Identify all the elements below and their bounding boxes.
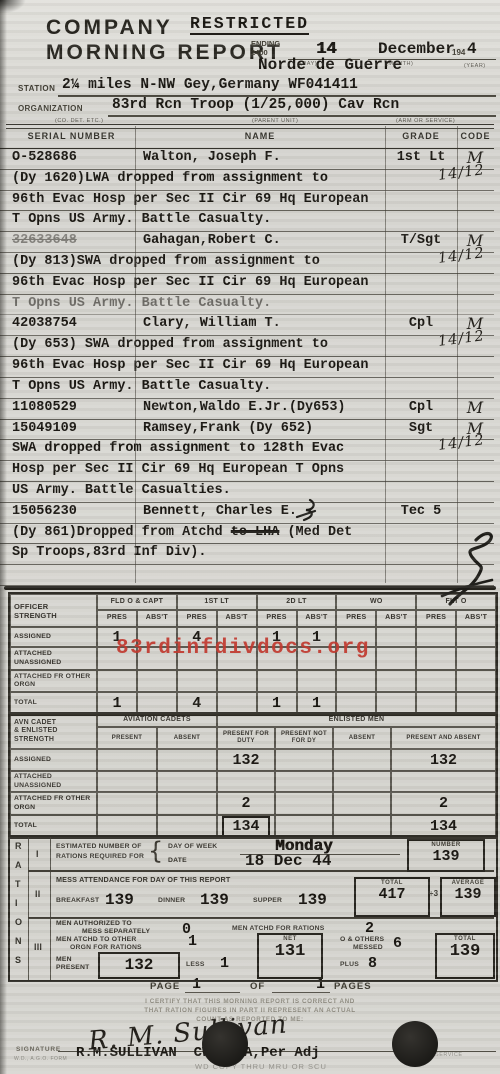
plus-label: PLUS (340, 961, 359, 968)
roster-column-line (385, 126, 386, 583)
roster-entry-row: 42038754Clary, William T.CplM (0, 314, 494, 336)
men-present-label-2: PRESENT (56, 964, 90, 971)
page-label: PAGE (150, 981, 180, 992)
officer-cell (177, 670, 217, 692)
roster-column-header: CODE (457, 131, 494, 141)
remark-text: 96th Evac Hosp per Sec II Cir 69 Hq Euro… (12, 192, 368, 207)
officer-cell (456, 627, 496, 647)
enlisted-cell (157, 749, 217, 771)
signature-label: SIGNATURE (16, 1046, 61, 1053)
organization-label: ORGANIZATION (18, 104, 83, 113)
roster-continuation-row: T Opns US Army. Battle Casualty. (0, 210, 494, 232)
roster-continuation-row: (Dy 653) SWA dropped from assignment to1… (0, 335, 494, 357)
roster-row-text: Sp Troops,83rd Inf Div). (12, 545, 206, 560)
enlisted-row-label: ASSIGNED (10, 749, 97, 771)
roster-continuation-row: Sp Troops,83rd Inf Div). (0, 543, 494, 565)
roster-continuation-row: SWA dropped from assignment to 128th Eva… (0, 439, 494, 461)
serial-number: O-528686 (12, 150, 143, 165)
average-box-value: 139 (442, 886, 494, 903)
year-printed: 194 (452, 48, 465, 57)
enlisted-subheader: PRESENT FOR DUTY (217, 727, 275, 749)
atchd-for-rations-value: 2 (365, 920, 374, 937)
brace: { (148, 837, 163, 865)
enlisted-cell (275, 749, 333, 771)
roster-row-text: SWA dropped from assignment to 128th Eva… (12, 441, 344, 456)
code-phrase: Norde de Guerre (258, 56, 402, 74)
enlisted-cell (157, 792, 217, 815)
remark-text: Hosp per Sec II Cir 69 Hq European T Opn… (12, 462, 344, 477)
breakfast-value: 139 (105, 891, 134, 909)
enlisted-cell (97, 815, 157, 837)
men-present-label-1: MEN (56, 956, 72, 963)
date-value: 18 Dec 44 (245, 852, 331, 870)
enlisted-cell (333, 771, 391, 792)
handwritten-squiggle (292, 498, 318, 522)
code-handwritten: M (457, 398, 493, 417)
scan-edge-shadow (0, 0, 7, 1074)
officer-cell-value: 1 (112, 695, 121, 712)
officer-subheader: ABS'T (456, 610, 496, 627)
punch-hole-right (392, 1021, 438, 1067)
roster-column-header: SERIAL NUMBER (8, 131, 135, 141)
officer-subheader: ABS'T (376, 610, 416, 627)
remark-struck-text: to LHA (231, 525, 280, 540)
atchd-other-label-1: MEN ATCHD TO OTHER (56, 936, 137, 943)
number-box-value: 139 (409, 848, 483, 865)
enlisted-cell (97, 792, 157, 815)
enlisted-corner-label: AVN CADET & ENLISTED STRENGTH (10, 714, 97, 749)
enlisted-cell-value: 134 (430, 818, 457, 835)
auth-mess-label-2: MESS SEPARATELY (82, 928, 150, 935)
roster-column-header: NAME (135, 131, 385, 141)
rations-section: RATIONS I ESTIMATED NUMBER OF RATIONS RE… (8, 835, 498, 982)
officer-cell (376, 692, 416, 714)
officer-cell (456, 647, 496, 670)
form-title-morning-report: MORNING REPORT (46, 41, 283, 65)
enlisted-cell-value: 2 (439, 795, 448, 812)
grade-value: Tec 5 (385, 504, 457, 519)
supper-label: SUPPER (253, 897, 282, 904)
soldier-name: Walton, Joseph F. (143, 150, 281, 165)
officer-cell-value: 1 (272, 695, 281, 712)
officer-cell (137, 670, 177, 692)
officer-cell (376, 670, 416, 692)
officer-cell (376, 647, 416, 670)
officer-row-label: ASSIGNED (10, 627, 97, 647)
rations-side-letter: I (15, 898, 18, 908)
form-title-company: COMPANY (46, 16, 173, 40)
roster-row-text: Hosp per Sec II Cir 69 Hq European T Opn… (12, 462, 344, 477)
roster-entry-row: O-528686Walton, Joseph F.1st LtM (0, 148, 494, 170)
officer-row-label: ATTACHED UNASSIGNED (10, 647, 97, 670)
roster-continuation-row: 96th Evac Hosp per Sec II Cir 69 Hq Euro… (0, 273, 494, 295)
enlisted-cell-value: 2 (241, 795, 250, 812)
enlisted-cell-value: 134 (222, 816, 269, 837)
year-sub-label: (YEAR) (464, 63, 486, 69)
roster-row-text: 96th Evac Hosp per Sec II Cir 69 Hq Euro… (12, 275, 368, 290)
year-typed: 4 (467, 40, 477, 58)
roster-row-text: T Opns US Army. Battle Casualty. (12, 379, 271, 394)
enlisted-cell: 2 (391, 792, 496, 815)
atchd-other-value: 1 (188, 933, 197, 950)
rations-side-letter: R (15, 841, 22, 851)
rations-side-letter: A (15, 860, 22, 870)
enlisted-cell (97, 771, 157, 792)
remark-text: (Dy 1620)LWA dropped from assignment to (12, 171, 328, 186)
scan-corner-mark (0, 0, 26, 14)
organization-line (108, 115, 496, 117)
grade-value: Cpl (385, 316, 457, 331)
roster-row-text: (Dy 813)SWA dropped from assignment to (12, 254, 320, 269)
roster-continuation-row: 96th Evac Hosp per Sec II Cir 69 Hq Euro… (0, 356, 494, 378)
roster-row-text: T Opns US Army. Battle Casualty. (12, 296, 271, 311)
soldier-name: Clary, William T. (143, 316, 281, 331)
plus-value: 8 (368, 955, 377, 972)
officer-cell (336, 692, 376, 714)
rations-number-box: NUMBER 139 (407, 839, 485, 872)
officer-cell-value: 1 (312, 695, 321, 712)
roman-numeral-i: I (36, 849, 39, 859)
remark-text: 96th Evac Hosp per Sec II Cir 69 Hq Euro… (12, 358, 368, 373)
officer-subheader: ABS'T (297, 610, 337, 627)
roster-row-text: 42038754Clary, William T. (12, 316, 281, 331)
roster-row-text: (Dy 861)Dropped from Atchd to LHA (Med D… (12, 525, 352, 540)
officer-cell (297, 670, 337, 692)
officer-subheader: ABS'T (217, 610, 257, 627)
roster-continuation-row: T Opns US Army. Battle Casualty. (0, 377, 494, 399)
grade-value: 1st Lt (385, 150, 457, 165)
atchd-for-rations-label: MEN ATCHD FOR RATIONS (232, 925, 324, 932)
grand-total-box: TOTAL 139 (435, 933, 495, 979)
roster-entry-row: 11080529Newton,Waldo E.Jr.(Dy653)CplM (0, 398, 494, 420)
day-of-week-label: DAY OF WEEK (168, 843, 217, 850)
roster-continuation-row: Hosp per Sec II Cir 69 Hq European T Opn… (0, 460, 494, 482)
remark-text: US Army. Battle Casualties. (12, 483, 231, 498)
enlisted-cell (333, 749, 391, 771)
men-present-box: 132 (98, 952, 180, 979)
officer-cell: 4 (177, 692, 217, 714)
roster-header-row: SERIAL NUMBERNAMEGRADECODE (0, 127, 494, 149)
est-rations-label-1: ESTIMATED NUMBER OF (56, 843, 142, 850)
grand-total-value: 139 (437, 942, 493, 961)
serial-number: 15049109 (12, 421, 143, 436)
grade-value: Cpl (385, 400, 457, 415)
enlisted-row-label: ATTACHED FR OTHER ORGN (10, 792, 97, 815)
serial-number: 11080529 (12, 400, 143, 415)
officer-cell (257, 670, 297, 692)
roster-column-header: GRADE (385, 131, 457, 141)
rations-side-letter: T (15, 879, 21, 889)
soldier-name: Gahagan,Robert C. (143, 233, 281, 248)
enlisted-cell-value: 132 (430, 752, 457, 769)
officer-cell (416, 647, 456, 670)
grade-value: T/Sgt (385, 233, 457, 248)
officer-subheader: PRES (257, 610, 297, 627)
roster-continuation-row: (Dy 813)SWA dropped from assignment to14… (0, 252, 494, 274)
officer-cell (336, 670, 376, 692)
roster-entry-row: 32633648Gahagan,Robert C.T/SgtM (0, 231, 494, 253)
soldier-name: Bennett, Charles E. (143, 504, 297, 519)
officer-group-header: 1ST LT (177, 594, 257, 610)
roster-continuation-row: 96th Evac Hosp per Sec II Cir 69 Hq Euro… (0, 190, 494, 212)
remark-text: SWA dropped from assignment to 128th Eva… (12, 441, 344, 456)
enlisted-cell (275, 815, 333, 837)
handwritten-flourish (438, 522, 498, 610)
remark-text: (Dy 813)SWA dropped from assignment to (12, 254, 320, 269)
est-rations-label-2: RATIONS REQUIRED FOR (56, 853, 144, 860)
enlisted-cell (217, 771, 275, 792)
rations-side-letter: N (15, 936, 22, 946)
officer-group-header: FLD O & CAPT (97, 594, 177, 610)
dinner-value: 139 (200, 891, 229, 909)
roman-numeral-iii: III (34, 942, 42, 952)
enlisted-cell: 134 (217, 815, 275, 837)
grade-value: Sgt (385, 421, 457, 436)
section-divider-heavy (4, 586, 496, 590)
officer-subheader: PRES (97, 610, 137, 627)
rations-side-letter: O (15, 917, 22, 927)
less-value: 1 (220, 955, 229, 972)
soldier-name: Ramsey,Frank (Dy 652) (143, 421, 313, 436)
officer-cell-value: 4 (192, 695, 201, 712)
rations-total-box: TOTAL 417 (354, 877, 430, 917)
divide-by-three: ÷3 (429, 889, 438, 898)
enlisted-cell (157, 771, 217, 792)
roster-column-line (457, 126, 458, 583)
atchd-other-label-2: ORGN FOR RATIONS (70, 944, 142, 951)
pages-label: PAGES (334, 981, 372, 992)
officer-cell (416, 670, 456, 692)
roster-row-text: 11080529Newton,Waldo E.Jr.(Dy653) (12, 400, 346, 415)
enlisted-row-label: ATTACHED UNASSIGNED (10, 771, 97, 792)
rations-side-letter: S (15, 955, 21, 965)
remark-text: 96th Evac Hosp per Sec II Cir 69 Hq Euro… (12, 275, 368, 290)
remark-text: (Dy 653) SWA dropped from assignment to (12, 337, 328, 352)
rations-average-box: AVERAGE 139 (440, 877, 496, 917)
ending-label: ENDING (251, 39, 280, 48)
net-box: NET 131 (257, 933, 323, 979)
roman-numeral-ii: II (35, 889, 40, 899)
enlisted-subheader: PRESENT (97, 727, 157, 749)
roster-row-text: (Dy 653) SWA dropped from assignment to (12, 337, 328, 352)
officer-cell (217, 670, 257, 692)
remark-text: T Opns US Army. Battle Casualty. (12, 296, 271, 311)
enlisted-cell: 134 (391, 815, 496, 837)
officer-cell (217, 692, 257, 714)
enlisted-strength-table: AVN CADET & ENLISTED STRENGTHAVIATION CA… (8, 712, 498, 839)
officer-cell: 1 (297, 692, 337, 714)
auth-mess-label-1: MEN AUTHORIZED TO (56, 920, 132, 927)
remark-text: T Opns US Army. Battle Casualty. (12, 212, 271, 227)
officer-row-label: ATTACHED FR OTHER ORGN (10, 670, 97, 692)
rations-roman-column-line (50, 837, 51, 980)
station-label: STATION (18, 84, 55, 93)
roster-row-text: T Opns US Army. Battle Casualty. (12, 212, 271, 227)
roster-row-text: (Dy 1620)LWA dropped from assignment to (12, 171, 328, 186)
enlisted-cell (333, 792, 391, 815)
roster-column-line (135, 126, 136, 583)
remark-text: T Opns US Army. Battle Casualty. (12, 379, 271, 394)
certification-line-1: I CERTIFY THAT THIS MORNING REPORT IS CO… (0, 998, 500, 1005)
serial-number: 32633648 (12, 233, 143, 248)
roster-continuation-row: US Army. Battle Casualties. (0, 481, 494, 503)
officer-cell (376, 627, 416, 647)
officer-cell (416, 627, 456, 647)
enlisted-men-header: ENLISTED MEN (217, 714, 496, 727)
enlisted-subheader: ABSENT (157, 727, 217, 749)
enlisted-cell: 132 (391, 749, 496, 771)
supper-value: 139 (298, 891, 327, 909)
soldier-name: Newton,Waldo E.Jr.(Dy653) (143, 400, 346, 415)
officer-row-label: TOTAL (10, 692, 97, 714)
officer-cell (97, 670, 137, 692)
net-box-value: 131 (259, 942, 321, 961)
officer-cell (456, 692, 496, 714)
roster-continuation-row: (Dy 861)Dropped from Atchd to LHA (Med D… (0, 523, 494, 545)
enlisted-cell (333, 815, 391, 837)
punch-hole-left (202, 1021, 248, 1067)
of-label: OF (250, 981, 265, 992)
roster-continuation-row: T Opns US Army. Battle Casualty. (0, 294, 494, 316)
roster-entry-row: 15049109Ramsey,Frank (Dy 652)SgtM (0, 419, 494, 441)
archive-watermark: 83rdinfdivdocs.org (116, 637, 370, 660)
enlisted-subheader: ABSENT (333, 727, 391, 749)
rations-letter-column-line (28, 837, 29, 980)
remark-text: (Med Det (279, 525, 352, 540)
officer-group-header: WO (336, 594, 416, 610)
enlisted-cell (275, 771, 333, 792)
officer-group-header: 2D LT (257, 594, 337, 610)
roster-row-text: O-528686Walton, Joseph F. (12, 150, 281, 165)
mess-attendance-label: MESS ATTENDANCE FOR DAY OF THIS REPORT (56, 875, 231, 884)
enlisted-row-label: TOTAL (10, 815, 97, 837)
officer-cell (137, 692, 177, 714)
men-present-value: 132 (100, 956, 178, 974)
officer-cell (416, 692, 456, 714)
rations-row-divider (28, 917, 494, 919)
others-messed-value: 6 (393, 935, 402, 952)
form-number-note: W.D., A.G.O. FORM (14, 1056, 67, 1062)
roster-row-text: US Army. Battle Casualties. (12, 483, 231, 498)
enlisted-cell (157, 815, 217, 837)
roster-entry-row: 15056230Bennett, Charles E.Tec 5 (0, 502, 494, 524)
roster-empty-row (0, 564, 494, 586)
officer-strength-corner-label: OFFICER STRENGTH (10, 594, 97, 627)
roster-row-text: 96th Evac Hosp per Sec II Cir 69 Hq Euro… (12, 358, 368, 373)
page-line (185, 992, 240, 993)
dinner-label: DINNER (158, 897, 185, 904)
form-header: COMPANY RESTRICTED MORNING REPORT ENDING… (0, 0, 500, 126)
remark-text: (Dy 861)Dropped from Atchd (12, 525, 231, 540)
enlisted-cell: 132 (217, 749, 275, 771)
total-box-value: 417 (356, 886, 428, 903)
remark-text: Sp Troops,83rd Inf Div). (12, 545, 206, 560)
organization-value: 83rd Rcn Troop (1/25,000) Cav Rcn (112, 97, 399, 113)
officer-cell: 1 (97, 692, 137, 714)
classification-restricted: RESTRICTED (190, 14, 309, 35)
roster-row-text: 15049109Ramsey,Frank (Dy 652) (12, 421, 313, 436)
enlisted-cell (275, 792, 333, 815)
enlisted-subheader: PRESENT NOT FOR DY (275, 727, 333, 749)
enlisted-cell: 2 (217, 792, 275, 815)
officer-subheader: PRES (336, 610, 376, 627)
enlisted-cell-value: 132 (232, 752, 259, 769)
enlisted-subheader: PRESENT AND ABSENT (391, 727, 496, 749)
station-value: 2¼ miles N-NW Gey,Germany WF041411 (62, 77, 358, 93)
roster-row-text: 32633648Gahagan,Robert C. (12, 233, 281, 248)
serial-number: 15056230 (12, 504, 143, 519)
aviation-cadets-header: AVIATION CADETS (97, 714, 217, 727)
officer-subheader: ABS'T (137, 610, 177, 627)
year-blank-line (452, 59, 496, 60)
morning-report-scan: COMPANY RESTRICTED MORNING REPORT ENDING… (0, 0, 500, 1074)
officer-cell: 1 (257, 692, 297, 714)
enlisted-cell (97, 749, 157, 771)
others-messed-label-2: MESSED (353, 944, 383, 951)
breakfast-label: BREAKFAST (56, 897, 99, 904)
others-messed-label-1: O & OTHERS (340, 936, 384, 943)
roster-continuation-row: (Dy 1620)LWA dropped from assignment to1… (0, 169, 494, 191)
officer-cell (456, 670, 496, 692)
enlisted-cell (391, 771, 496, 792)
serial-number: 42038754 (12, 316, 143, 331)
officer-subheader: PRES (416, 610, 456, 627)
less-label: LESS (186, 961, 205, 968)
pages-line (272, 992, 330, 993)
roster-row-text: 15056230Bennett, Charles E. (12, 504, 297, 519)
officer-subheader: PRES (177, 610, 217, 627)
roster-row-text: 96th Evac Hosp per Sec II Cir 69 Hq Euro… (12, 192, 368, 207)
date-label: DATE (168, 857, 187, 864)
